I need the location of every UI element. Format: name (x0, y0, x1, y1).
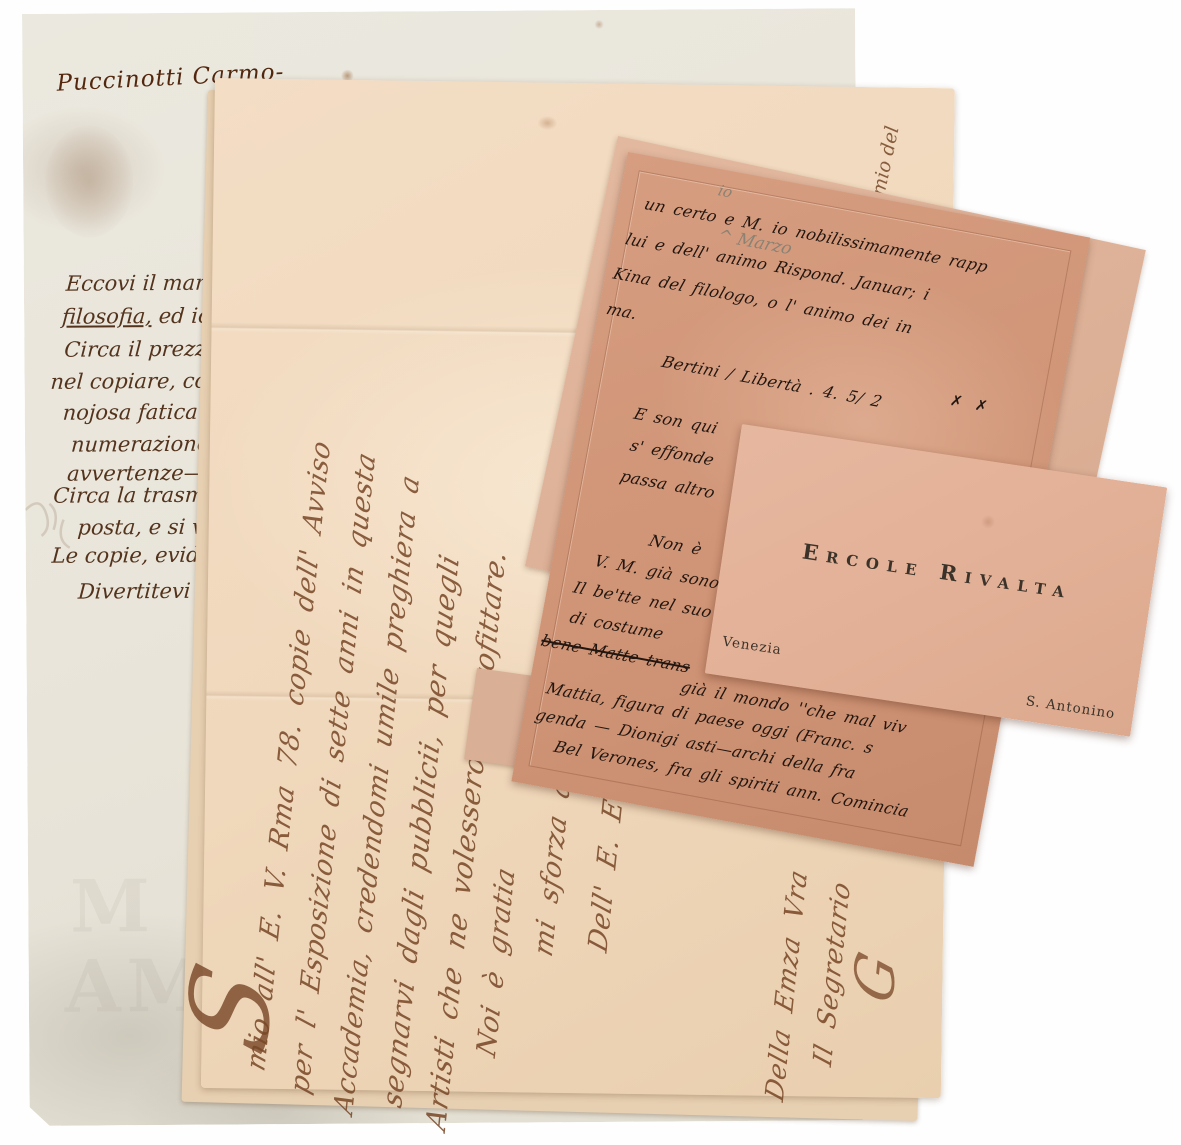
seal-stain (45, 125, 134, 238)
card-city: Venezia (721, 634, 782, 659)
watermark-letter: M (70, 863, 150, 949)
photo-stage: Puccinotti Carmo- Eccovi il manosc filos… (0, 0, 1181, 1145)
card-name: Ercole Rivalta (723, 527, 1152, 615)
card-district: S. Antonino (1025, 693, 1117, 722)
ink-showthrough (19, 490, 90, 580)
underlined-word: filosofia, (61, 304, 153, 329)
letter-line: filosofia, ed io (61, 304, 211, 329)
ink-spot (594, 20, 604, 29)
